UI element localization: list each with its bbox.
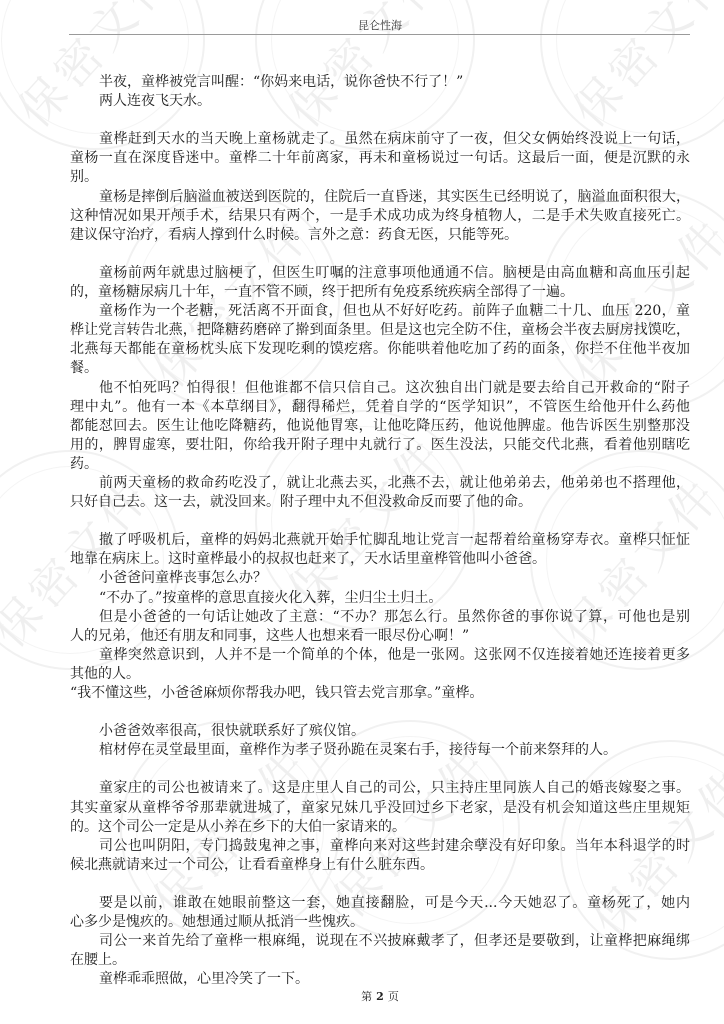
- text-line: 小爸爸问童桦丧事怎么办？: [70, 569, 690, 588]
- paragraph: 童桦突然意识到，人并不是一个简单的个体，他是一张网。这张网不仅连接着她还连接着更…: [70, 646, 690, 684]
- page-header-title: 昆仑性海: [70, 18, 690, 34]
- text-line: 童杨作为一个老糖，死活离不开面食，但也从不好好吃药。前阵子血糖二十几、血压 22…: [70, 302, 690, 321]
- paragraph: 童杨是摔倒后脑溢血被送到医院的，住院后一直昏迷，其实医生已经明说了，脑溢血面积很…: [70, 188, 690, 245]
- text-line: 理中丸”。他有一本《本草纲目》，翻得稀烂，凭着自学的“医学知识”，不管医生给他开…: [70, 398, 690, 417]
- text-line: “我不懂这些，小爸爸麻烦你帮我办吧，钱只管去党言那拿。”童桦。: [70, 684, 690, 703]
- text-line: 撤了呼吸机后，童桦的妈妈北燕就开始手忙脚乱地让党言一起帮着给童杨穿寿衣。童桦只怔…: [70, 531, 690, 550]
- text-line: 两人连夜飞天水。: [70, 92, 690, 111]
- document-page: 保密文件 保密文件 保密文件 保密文件 保密文件 保密文件 保密文件 保密文件 …: [0, 0, 724, 1024]
- text-line: 童杨一直在深度昏迷中。童桦二十年前离家，再未和童杨说过一句话。这最后一面，便是沉…: [70, 149, 690, 168]
- text-line: 前两天童杨的救命药吃没了，就让北燕去买，北燕不去，就让他弟弟去，他弟弟也不搭理他…: [70, 474, 690, 493]
- text-line: 候北燕就请来过一个司公，让看看童桦身上有什么脏东西。: [70, 856, 690, 875]
- text-line: 其实童家从童桦爷爷那辈就进城了，童家兄妹几乎没回过乡下老家，是没有机会知道这些庄…: [70, 799, 690, 818]
- text-line: 人的兄弟，他还有朋友和同事，这些人也想来看一眼尽份心啊！”: [70, 627, 690, 646]
- paragraph-gap: [70, 111, 690, 130]
- text-line: 半夜，童桦被党言叫醒：“你妈来电话，说你爸快不行了！”: [70, 73, 690, 92]
- text-line: 在腰上。: [70, 951, 690, 970]
- text-line: 童桦赶到天水的当天晚上童杨就走了。虽然在病床前守了一夜，但父女俩始终没说上一句话…: [70, 130, 690, 149]
- page-footer: 第2页: [70, 989, 690, 1005]
- text-line: 棺材停在灵堂最里面，童桦作为孝子贤孙跪在灵案右手，接待每一个前来祭拜的人。: [70, 741, 690, 760]
- paragraph: 童杨作为一个老糖，死活离不开面食，但也从不好好吃药。前阵子血糖二十几、血压 22…: [70, 302, 690, 378]
- paragraph: 半夜，童桦被党言叫醒：“你妈来电话，说你爸快不行了！”: [70, 73, 690, 92]
- paragraph-gap: [70, 760, 690, 779]
- text-line: 这种情况如果开颅手术，结果只有两个，一是手术成功成为终身植物人，二是手术失败直接…: [70, 207, 690, 226]
- paragraph: 童家庄的司公也被请来了。这是庄里人自己的司公，只主持庄里同族人自己的婚丧嫁娶之事…: [70, 779, 690, 836]
- text-line: 建议保守治疗，看病人撑到什么时候。言外之意：药食无医，只能等死。: [70, 226, 690, 245]
- text-line: “不办了。”按童桦的意思直接火化入葬，尘归尘土归土。: [70, 589, 690, 608]
- text-line: 用的，脾胃虚寒，要壮阳，你给我开附子理中丸就行了。医生没法，只能交代北燕，看着他…: [70, 436, 690, 455]
- page-number: 2: [376, 990, 384, 1003]
- paragraph: 司公也叫阴阳，专门捣鼓鬼神之事，童桦向来对这些封建余孽没有好印象。当年本科退学的…: [70, 837, 690, 875]
- text-line: 但是小爸爸的一句话让她改了主意：“不办？那怎么行。虽然你爸的事你说了算，可他也是…: [70, 608, 690, 627]
- paragraph: 司公一来首先给了童桦一根麻绳，说现在不兴披麻戴孝了，但孝还是要敬到，让童桦把麻绳…: [70, 932, 690, 970]
- paragraph: 童杨前两年就患过脑梗了，但医生叮嘱的注意事项他通通不信。脑梗是由高血糖和高血压引…: [70, 264, 690, 302]
- paragraph: 撤了呼吸机后，童桦的妈妈北燕就开始手忙脚乱地让党言一起帮着给童杨穿寿衣。童桦只怔…: [70, 531, 690, 569]
- text-line: 童家庄的司公也被请来了。这是庄里人自己的司公，只主持庄里同族人自己的婚丧嫁娶之事…: [70, 779, 690, 798]
- paragraph: 要是以前，谁敢在她眼前整这一套，她直接翻脸，可是今天...今天她忍了。童杨死了，…: [70, 894, 690, 932]
- paragraph: 小爸爸问童桦丧事怎么办？: [70, 569, 690, 588]
- paragraph: 前两天童杨的救命药吃没了，就让北燕去买，北燕不去，就让他弟弟去，他弟弟也不搭理他…: [70, 474, 690, 512]
- text-line: 童桦突然意识到，人并不是一个简单的个体，他是一张网。这张网不仅连接着她还连接着更…: [70, 646, 690, 665]
- paragraph: 童桦赶到天水的当天晚上童杨就走了。虽然在病床前守了一夜，但父女俩始终没说上一句话…: [70, 130, 690, 187]
- paragraph: 童桦乖乖照做，心里冷笑了一下。: [70, 970, 690, 989]
- text-line: 餐。: [70, 359, 690, 378]
- paragraph-gap: [70, 245, 690, 264]
- paragraph: 两人连夜飞天水。: [70, 92, 690, 111]
- paragraph: “不办了。”按童桦的意思直接火化入葬，尘归尘土归土。: [70, 589, 690, 608]
- paragraph: 但是小爸爸的一句话让她改了主意：“不办？那怎么行。虽然你爸的事你说了算，可他也是…: [70, 608, 690, 646]
- page-label-suffix: 页: [388, 990, 399, 1003]
- paragraph: 他不怕死吗？怕得很！但他谁都不信只信自己。这次独自出门就是要去给自己开救命的“附…: [70, 379, 690, 474]
- text-line: 童桦乖乖照做，心里冷笑了一下。: [70, 970, 690, 989]
- text-line: 司公也叫阴阳，专门捣鼓鬼神之事，童桦向来对这些封建余孽没有好印象。当年本科退学的…: [70, 837, 690, 856]
- text-line: 别。: [70, 168, 690, 187]
- header-divider: [69, 34, 690, 35]
- paragraph-gap: [70, 875, 690, 894]
- page-label-prefix: 第: [361, 990, 372, 1003]
- text-line: 童杨是摔倒后脑溢血被送到医院的，住院后一直昏迷，其实医生已经明说了，脑溢血面积很…: [70, 188, 690, 207]
- text-line: 都能怼回去。医生让他吃降糖药，他说他胃寒，让他吃降压药，他说他脾虚。他告诉医生别…: [70, 417, 690, 436]
- text-line: 其他的人。: [70, 665, 690, 684]
- paragraph: 小爸爸效率很高，很快就联系好了殡仪馆。: [70, 722, 690, 741]
- text-line: 小爸爸效率很高，很快就联系好了殡仪馆。: [70, 722, 690, 741]
- text-line: 司公一来首先给了童桦一根麻绳，说现在不兴披麻戴孝了，但孝还是要敬到，让童桦把麻绳…: [70, 932, 690, 951]
- text-line: 童杨前两年就患过脑梗了，但医生叮嘱的注意事项他通通不信。脑梗是由高血糖和高血压引…: [70, 264, 690, 283]
- text-line: 北燕每天都能在童杨枕头底下发现吃剩的馍疙瘩。你能哄着他吃加了药的面条，你拦不住他…: [70, 340, 690, 359]
- text-line: 的。这个司公一定是从小养在乡下的大伯一家请来的。: [70, 818, 690, 837]
- text-line: 桦让党言转告北燕，把降糖药磨碎了擀到面条里。但是这也完全防不住，童杨会半夜去厨房…: [70, 321, 690, 340]
- paragraph-gap: [70, 512, 690, 531]
- text-line: 药。: [70, 455, 690, 474]
- document-body: 半夜，童桦被党言叫醒：“你妈来电话，说你爸快不行了！” 两人连夜飞天水。 童桦赶…: [70, 73, 690, 990]
- paragraph: “我不懂这些，小爸爸麻烦你帮我办吧，钱只管去党言那拿。”童桦。: [70, 684, 690, 703]
- text-line: 只好自己去。这一去，就没回来。附子理中丸不但没救命反而要了他的命。: [70, 493, 690, 512]
- text-line: 心多少是愧疚的。她想通过顺从抵消一些愧疚。: [70, 913, 690, 932]
- paragraph-gap: [70, 703, 690, 722]
- text-line: 地靠在病床上。这时童桦最小的叔叔也赶来了，天水话里童桦管他叫小爸爸。: [70, 550, 690, 569]
- text-line: 的，童杨糖尿病几十年，一直不管不顾，终于把所有免疫系统疾病全部得了一遍。: [70, 283, 690, 302]
- paragraph: 棺材停在灵堂最里面，童桦作为孝子贤孙跪在灵案右手，接待每一个前来祭拜的人。: [70, 741, 690, 760]
- text-line: 要是以前，谁敢在她眼前整这一套，她直接翻脸，可是今天...今天她忍了。童杨死了，…: [70, 894, 690, 913]
- text-line: 他不怕死吗？怕得很！但他谁都不信只信自己。这次独自出门就是要去给自己开救命的“附…: [70, 379, 690, 398]
